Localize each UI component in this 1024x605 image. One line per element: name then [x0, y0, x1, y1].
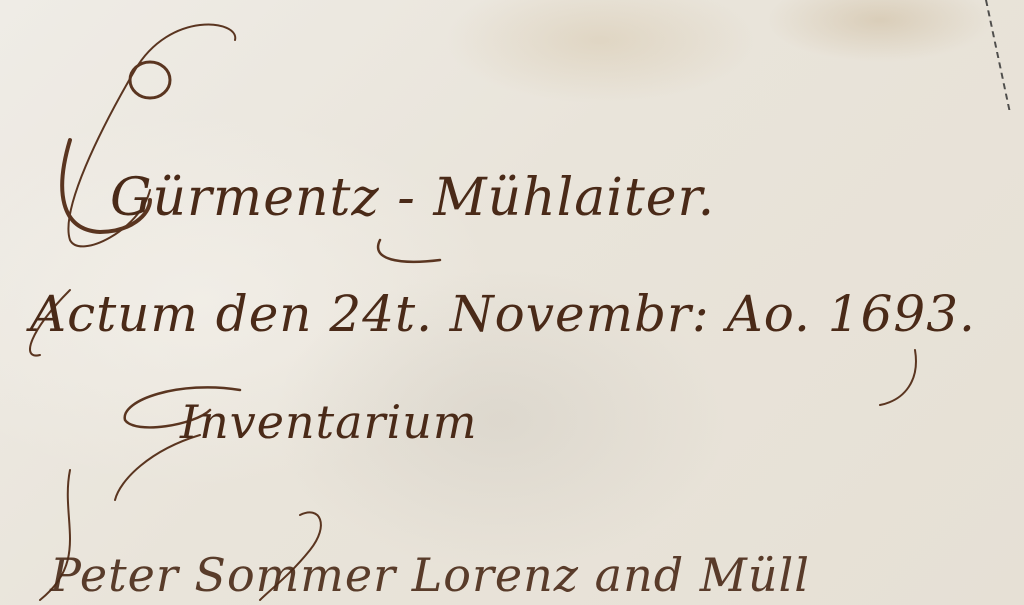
date-line: Actum den 24t. Novembr: Ao. 1693.	[30, 285, 976, 343]
body-line-partial: Peter Sommer Lorenz and Müll	[50, 548, 810, 602]
manuscript-page: Gürmentz - Mühlaiter. Actum den 24t. Nov…	[0, 0, 1024, 605]
heading-line: Gürmentz - Mühlaiter.	[110, 168, 715, 228]
title-inventarium: Inventarium	[180, 395, 478, 449]
